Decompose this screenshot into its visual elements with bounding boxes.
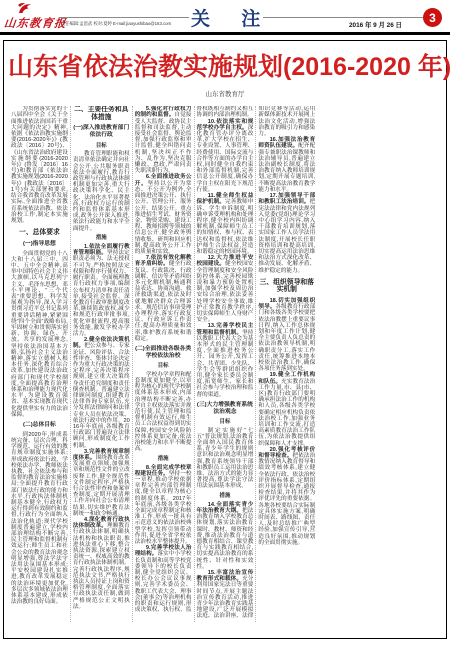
section-heading: (一)深入推进教育部门依法行政 (73, 125, 130, 139)
body-paragraph: 12.大力推进平安校园建设。健全校园安全管理制度和安全风险防控体系,完善校园欺凌… (197, 255, 254, 323)
item-number-lead: 14.全面落实青少年法治教育大纲。 (197, 502, 254, 514)
item-number-lead: 17.加强领导干部和教职工法治培训。 (258, 193, 315, 205)
issue-date: 2016 年 9 月 26 日 (349, 20, 402, 29)
body-paragraph: 8.全面完成学校章程建设任务。坚持一校一章程,推动学校依据章程完善内部管理制度,… (135, 465, 192, 546)
item-number-lead: 4.深化教育行政执法体制改革。 (73, 517, 130, 529)
item-number-lead: 1.依法全面履行教育管理职能。 (73, 244, 130, 256)
newspaper-page: 山东教育报 责任编辑:孟恩武 校对:夏婷 E-mail:jiaoyushibao… (0, 0, 450, 646)
item-number-lead: 8.全面完成学校章程建设任务。 (135, 465, 192, 477)
article-byline: 山东省教育厅 (4, 89, 446, 98)
body-paragraph: 20.强化考核评价和督导检查。把依法治教情况纳入教育督导和绩效考核体系,建立健全… (258, 447, 315, 546)
body-paragraph: 13.完善学校民主管理和监督机制。坚持以教职工代表大会为基本形式的民主管理制度,… (197, 323, 254, 397)
body-paragraph: 学校办学章程和配套制度更加健全,以章程为核心的现代学校制度体系基本形成,内部治理… (135, 372, 192, 453)
item-number-lead: 16.加强法治教育师资队伍建设。 (258, 137, 315, 149)
item-number-lead: 5.强化对行政权力的制约和监督。 (135, 106, 192, 118)
body-paragraph: 1.依法全面履行教育管理职能。坚持法定职责必须为、法无授权不可为,严格按照法定权… (73, 244, 130, 337)
section-heading: 目标 (73, 143, 130, 149)
body-paragraph: 10.依法落实和规范学校办学自主权。深化教育管办评分离改革,扩大学校在招生、专业… (197, 119, 254, 193)
body-paragraph: 2.健全依法决策机制。把公众参与、专家论证、风险评估、合法性审查、集体讨论决定作… (73, 337, 130, 449)
item-number-lead: 12.大力推进平安校园建设。 (197, 255, 254, 267)
body-paragraph: 为贯彻落实党的十八届四中全会《关于全面推进依法治国若干重大问题的决定》精神,依据… (11, 106, 68, 224)
section-heading: (一)指导思想 (11, 241, 68, 248)
section-heading: 一、总体要求 (11, 229, 68, 237)
body-paragraph: 6.全面推进政务公开。坚持以公开为常态、不公开为例外,全面推进决策公开、执行公开… (135, 174, 192, 255)
item-number-lead: 2.健全依法决策机制。 (73, 337, 130, 349)
section-heading: 措施 (73, 235, 130, 241)
body-paragraph: 制定实施好“七五”普法规划,法治教育全面纳入国民教育体系,青少年学生的规则意识和… (197, 428, 254, 490)
item-number-lead: 6.全面推进政务公开。 (135, 174, 192, 186)
section-heading: 目标 (135, 363, 192, 369)
item-number-lead: 10.依法落实和规范学校办学自主权。 (197, 119, 254, 131)
item-number-lead: 18.切实加强组织领导。 (258, 298, 315, 310)
section-heading: (二)总体目标 (11, 422, 68, 429)
item-number-lead: 9.完善学校法人治理结构。 (135, 545, 192, 557)
item-number-lead: 19.健全工作机构和队伍。 (258, 372, 315, 384)
body-paragraph: 教育管理职能和权责清单依法确定并向社会公开,公共服务职责依法全面履行,教育行政管… (73, 151, 130, 232)
item-number-lead: 13.完善学校民主管理和监督机制。 (197, 323, 254, 335)
masthead-thick-rule (0, 32, 450, 35)
body-paragraph: 3.完善教育规章制度体系。围绕教育改革发展重点领域,加强规章和规范性文件的立改废… (73, 449, 130, 517)
body-paragraph: 5.强化对行政权力的制约和监督。自觉接受人大监督、政协民主监督和司法监督,主动接… (135, 106, 192, 174)
section-heading: 目标 (197, 419, 254, 425)
section-heading: 措施 (197, 493, 254, 499)
body-paragraph: 19.健全工作机构和队伍。充实教育法治工作力量,市、县(市、区)教育行政部门要明… (258, 372, 315, 446)
newspaper-logo: 山东教育报 (3, 15, 67, 31)
article-headline: 山东省依法治教实施规划(2016-2020 年) (8, 54, 442, 80)
section-heading: 措施 (135, 456, 192, 462)
body-paragraph: 14.全面落实青少年法治教育大纲。把法治教育纳入学校教育总体规划,落实法治教育课… (197, 502, 254, 570)
section-heading: (三)大力增强教育系统法治观念 (197, 402, 254, 416)
section-heading: (二)全面推进各级各类学校依法治校 (135, 346, 192, 360)
body-paragraph: 7.依法有效化解教育矛盾纠纷。健全行政复议、行政裁决、行政调解、信访等矛盾纠纷多… (135, 255, 192, 342)
section-title: 关 注 (191, 4, 273, 31)
body-paragraph: 16.加强法治教育师资队伍建设。配齐配强专兼职法治课教师和法治辅导员,普遍建立法… (258, 137, 315, 193)
masthead-rule-left (59, 17, 189, 18)
item-number-lead: 20.强化考核评价和督导检查。 (258, 447, 315, 459)
item-number-lead: 11.健全师生权益保护机制。 (197, 193, 254, 205)
masthead: 山东教育报 责任编辑:孟恩武 校对:夏婷 E-mail:jiaoyushibao… (0, 0, 450, 36)
article-box: 山东省依法治教实施规划(2016-2020 年) 山东省教育厅 为贯彻落实党的十… (3, 40, 447, 639)
body-paragraph: 17.加强领导干部和教职工法治培训。把宪法法律和党内法规列入党委(党组)理论学习… (258, 193, 315, 274)
item-number-lead: 7.依法有效化解教育矛盾纠纷。 (135, 255, 192, 267)
body-paragraph: 到2020年,形成系统完备、层次合理、科学规范、运行有效的教育规章制度实施体系;… (11, 432, 68, 606)
item-number-lead: 15.丰富法治宣传教育形式和载体。 (197, 570, 254, 582)
section-heading: 二、主要任务和具体措施 (73, 106, 130, 121)
page-number-badge: 3 (423, 8, 442, 27)
body-paragraph: 全面贯彻党的十八大和十八届三中、四中、五中全会精神,高举中国特色社会主义伟大旗帜… (11, 251, 68, 418)
section-heading: 三、组织领导和落实机制 (258, 279, 315, 294)
article-body: 为贯彻落实党的十八届四中全会《关于全面推进依法治国若干重大问题的决定》精神,依据… (11, 106, 439, 622)
editor-credit-line: 责任编辑:孟恩武 校对:夏婷 E-mail:jiaoyushibao@163.c… (61, 21, 171, 27)
masthead-emblem-icon (17, 2, 33, 15)
body-paragraph: 4.深化教育行政执法体制改革。理顺教育行政执法体制,明确执法机构和执法职责,推进… (73, 517, 130, 610)
body-paragraph: 11.健全师生权益保护机制。完善教师申诉、学生申诉制度,明确申诉受理机构和处理程… (197, 193, 254, 255)
body-paragraph: 18.切实加强组织领导。各级教育行政部门和各级各类学校要把依法治教摆上重要议事日… (258, 298, 315, 372)
masthead-rule-right (263, 17, 430, 18)
item-number-lead: 3.完善教育规章制度体系。 (73, 449, 130, 461)
